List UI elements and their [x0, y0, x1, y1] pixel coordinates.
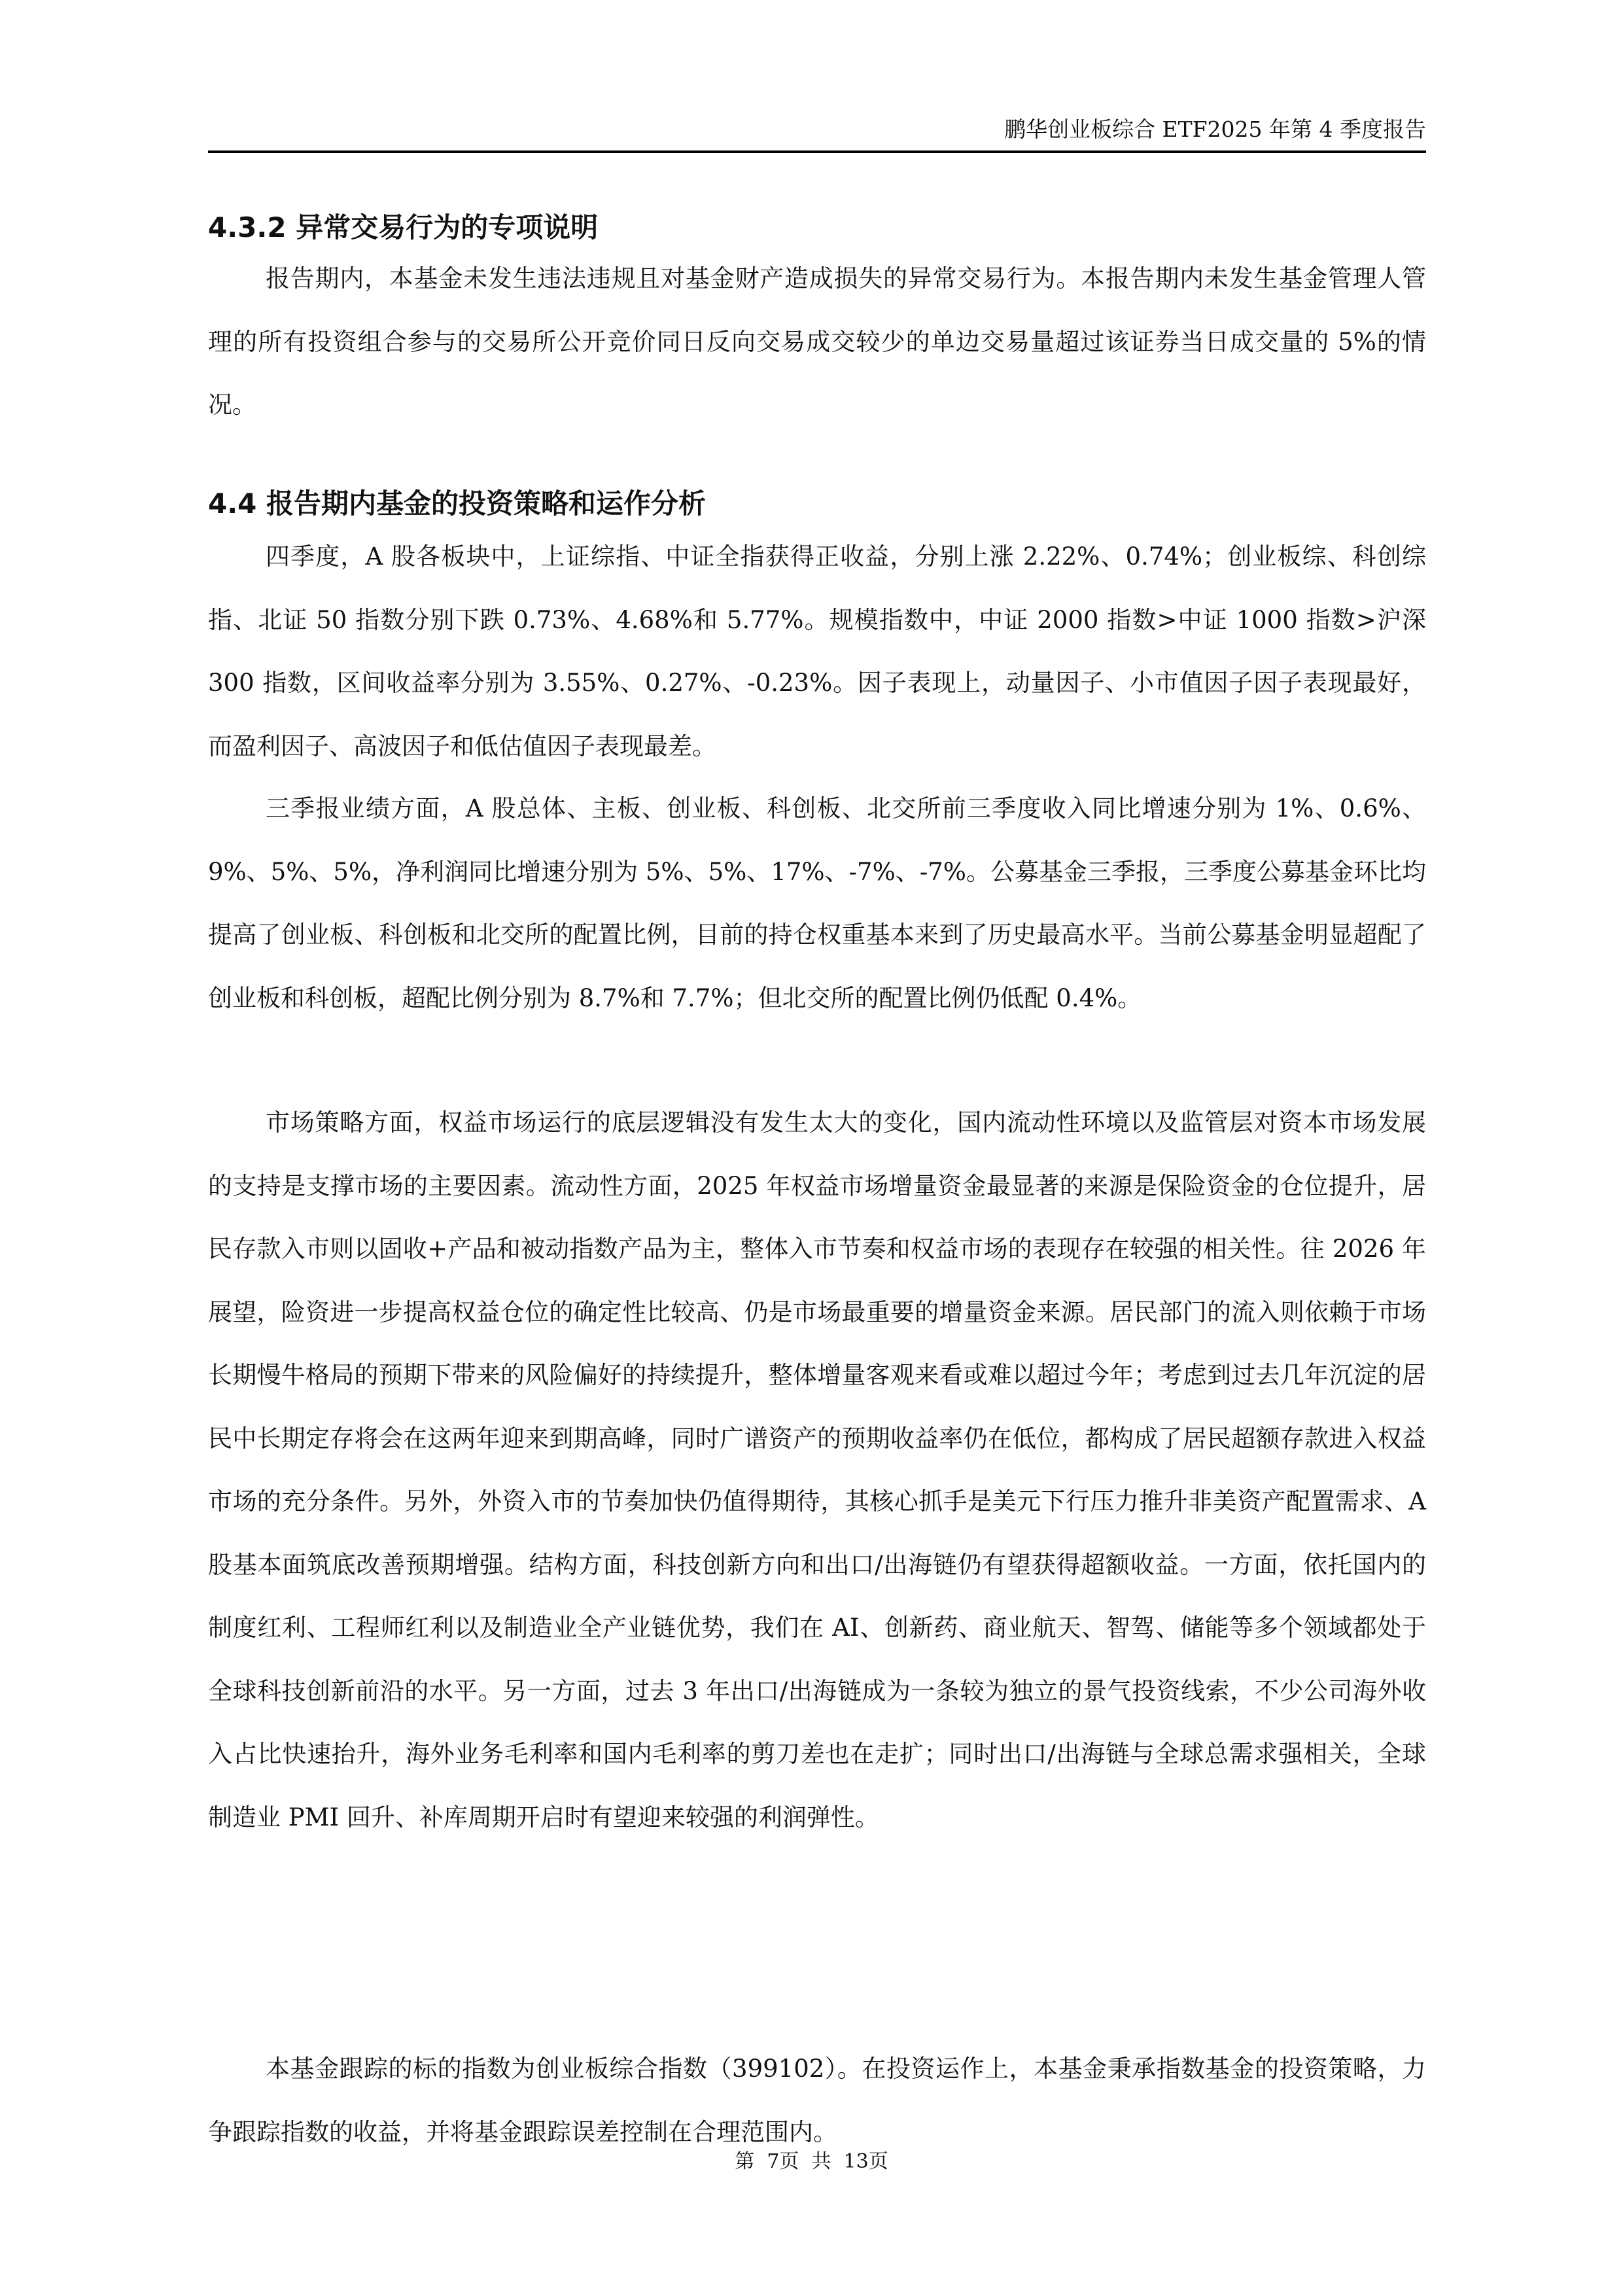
section-heading-4-4: 4.4 报告期内基金的投资策略和运作分析 — [208, 484, 706, 523]
paragraph-q3-earnings: 三季报业绩方面，A 股总体、主板、创业板、科创板、北交所前三季度收入同比增速分别… — [208, 777, 1426, 1030]
report-title: 鹏华创业板综合 ETF2025 年第 4 季度报告 — [1004, 116, 1426, 143]
paragraph-market-strategy: 市场策略方面，权益市场运行的底层逻辑没有发生太大的变化，国内流动性环境以及监管层… — [208, 1091, 1426, 1849]
paragraph-q4-market-review: 四季度，A 股各板块中，上证综指、中证全指获得正收益，分别上涨 2.22%、0.… — [208, 525, 1426, 778]
section-heading-4-3-2: 4.3.2 异常交易行为的专项说明 — [208, 208, 598, 247]
page-header: 鹏华创业板综合 ETF2025 年第 4 季度报告 — [208, 110, 1426, 153]
paragraph-abnormal-trading: 报告期内，本基金未发生违法违规且对基金财产造成损失的异常交易行为。本报告期内未发… — [208, 247, 1426, 437]
paragraph-fund-operation: 本基金跟踪的标的指数为创业板综合指数（399102）。在投资运作上，本基金秉承指… — [208, 2038, 1426, 2164]
page-number: 第 7页 共 13页 — [0, 2149, 1623, 2175]
